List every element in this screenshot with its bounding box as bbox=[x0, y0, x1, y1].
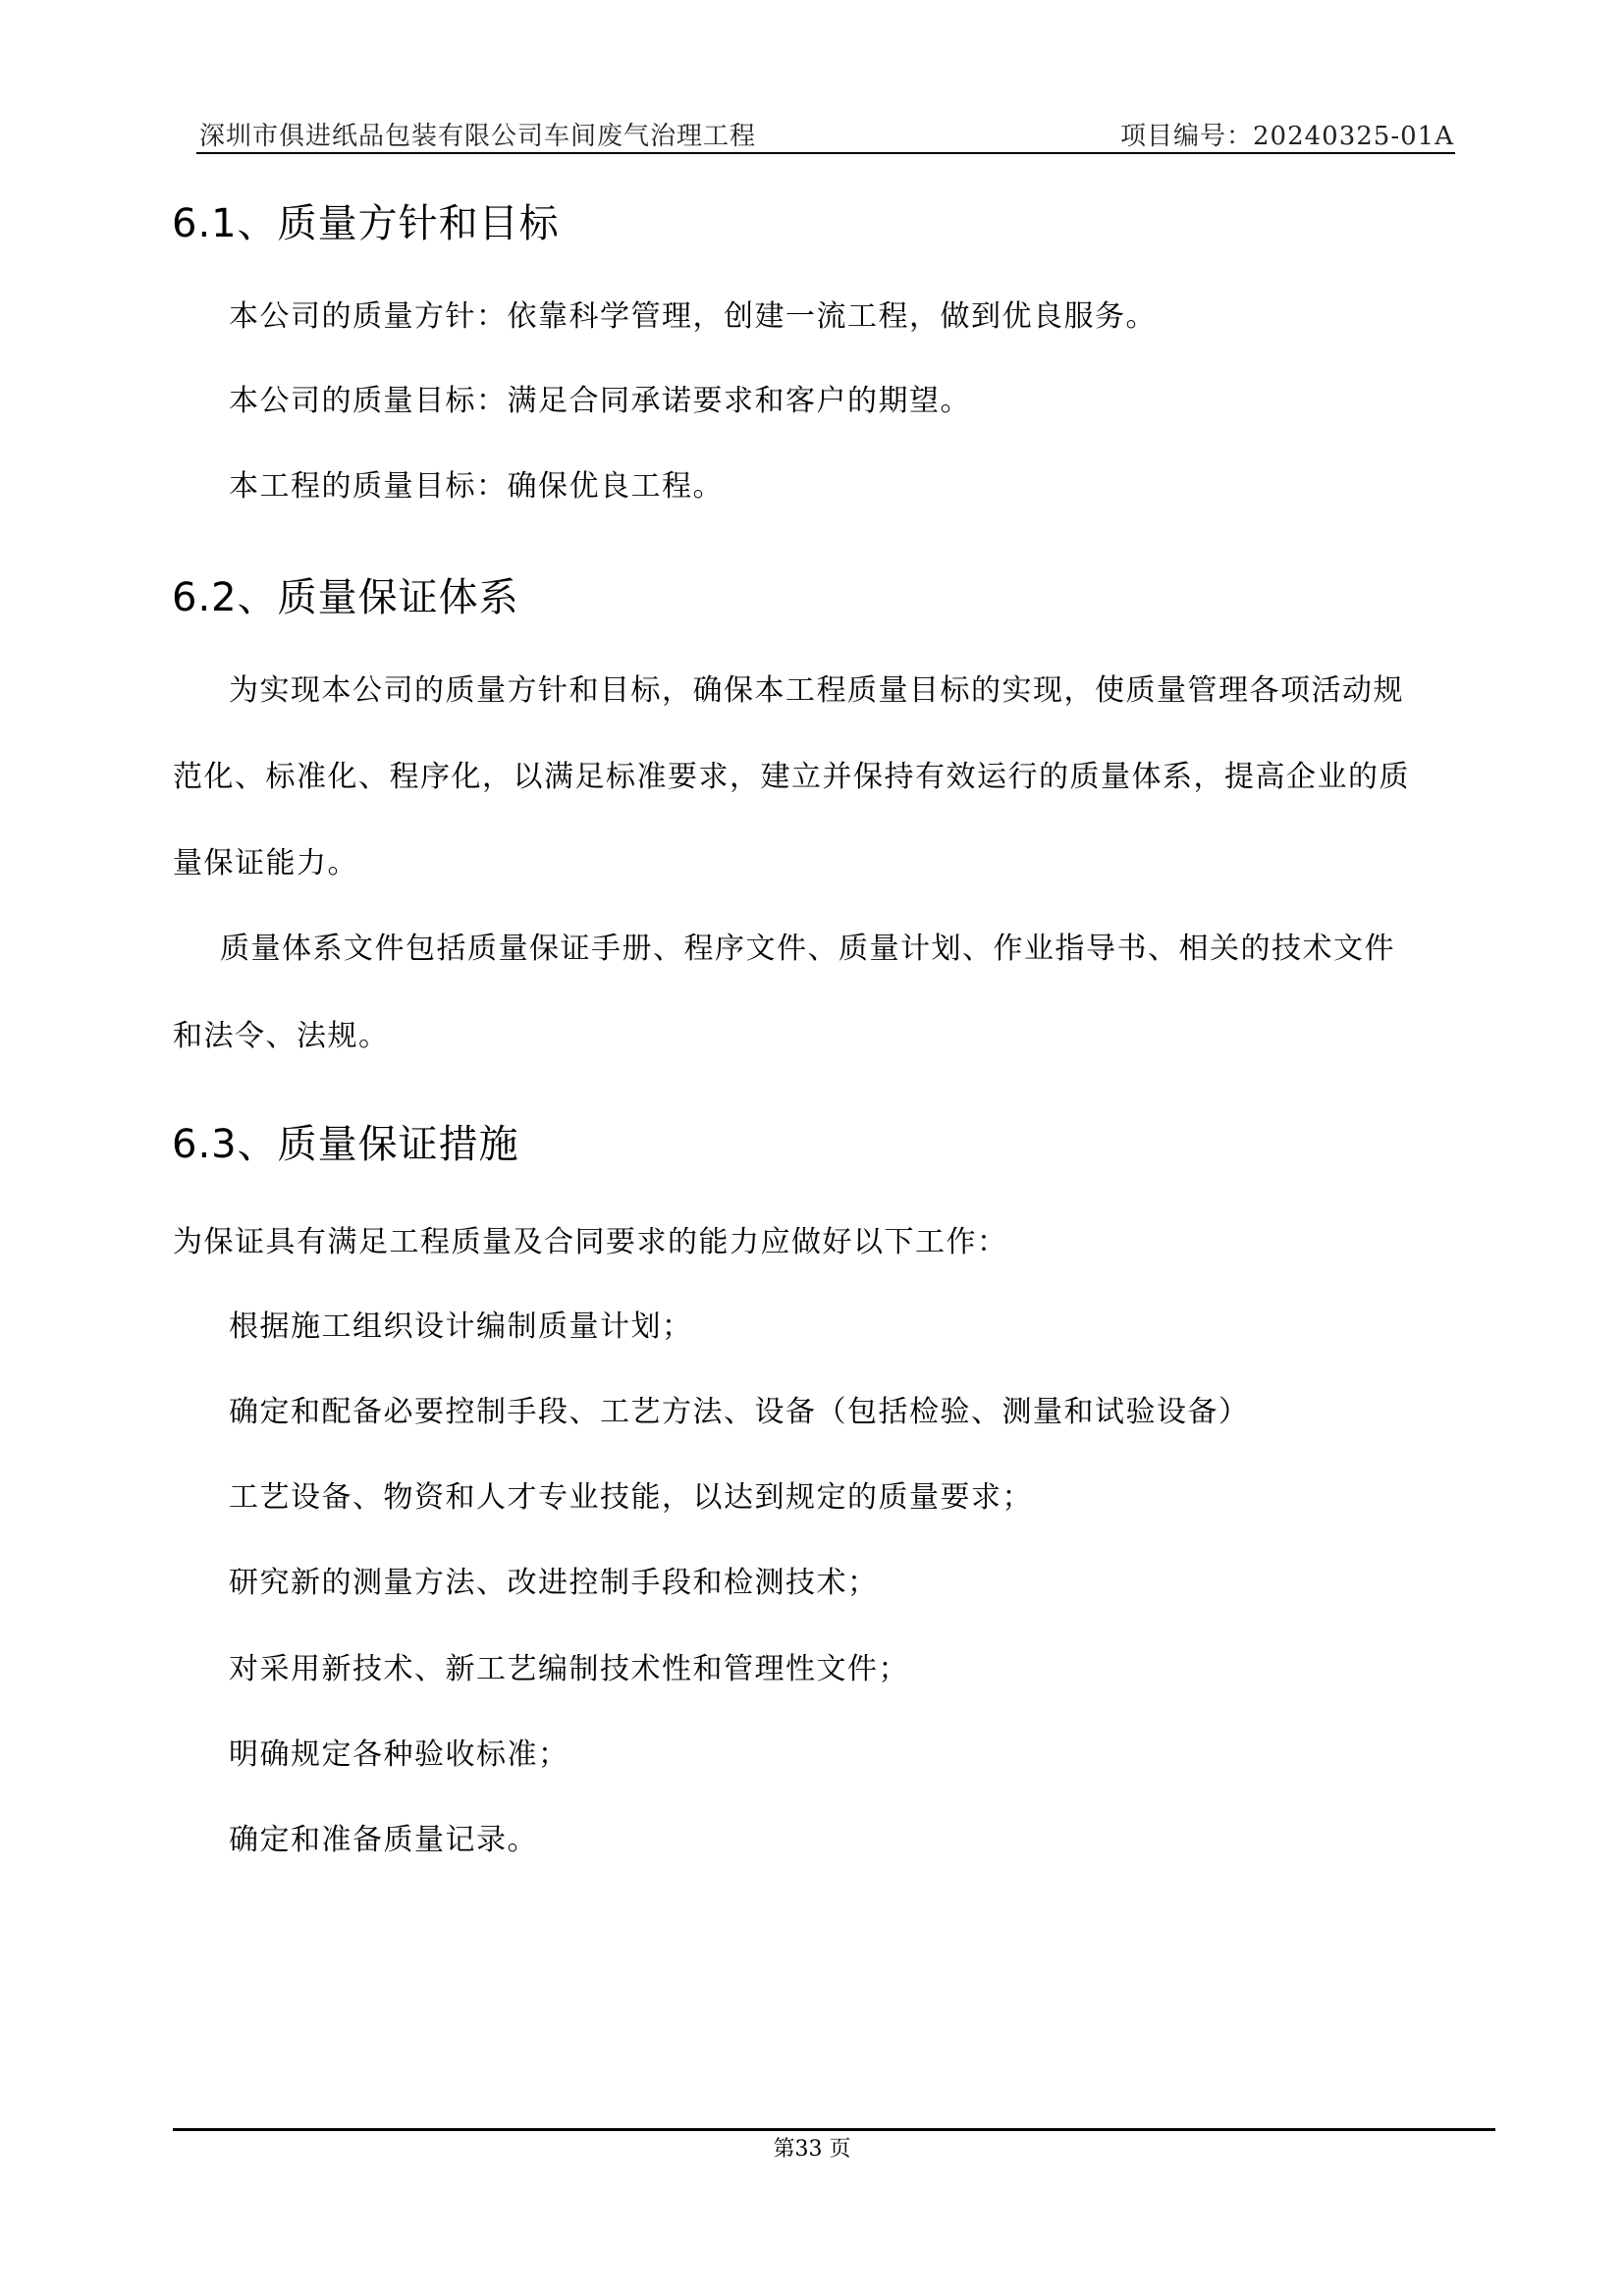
intro-line: 为保证具有满足工程质量及合同要求的能力应做好以下工作： bbox=[173, 1223, 1008, 1262]
paragraph-line: 范化、标准化、程序化，以满足标准要求，建立并保持有效运行的质量体系，提高企业的质 bbox=[173, 758, 1410, 797]
paragraph-line: 量保证能力。 bbox=[173, 844, 358, 883]
footer-rule bbox=[173, 2128, 1495, 2131]
body-line: 本公司的质量方针：依靠科学管理，创建一流工程，做到优良服务。 bbox=[229, 297, 1157, 337]
header-project-title: 深圳市俱进纸品包装有限公司车间废气治理工程 bbox=[199, 116, 756, 152]
page-number: 第33 页 bbox=[0, 2132, 1624, 2163]
list-item: 确定和准备质量记录。 bbox=[229, 1821, 538, 1860]
list-item: 根据施工组织设计编制质量计划； bbox=[229, 1308, 693, 1347]
header-rule bbox=[196, 152, 1455, 154]
list-item: 确定和配备必要控制手段、工艺方法、设备（包括检验、测量和试验设备） bbox=[229, 1393, 1250, 1432]
body-line: 本工程的质量目标：确保优良工程。 bbox=[229, 467, 724, 507]
list-item: 明确规定各种验收标准； bbox=[229, 1735, 569, 1775]
section-heading: 6.1、质量方针和目标 bbox=[172, 192, 560, 248]
list-item: 对采用新技术、新工艺编制技术性和管理性文件； bbox=[229, 1650, 909, 1689]
paragraph-line: 质量体系文件包括质量保证手册、程序文件、质量计划、作业指导书、相关的技术文件 bbox=[220, 930, 1395, 969]
paragraph-line: 和法令、法规。 bbox=[173, 1017, 390, 1056]
list-item: 研究新的测量方法、改进控制手段和检测技术； bbox=[229, 1564, 879, 1603]
section-heading: 6.3、质量保证措施 bbox=[172, 1113, 519, 1169]
section-heading: 6.2、质量保证体系 bbox=[172, 566, 519, 622]
paragraph-line: 为实现本公司的质量方针和目标，确保本工程质量目标的实现，使质量管理各项活动规 bbox=[229, 671, 1404, 711]
body-line: 本公司的质量目标：满足合同承诺要求和客户的期望。 bbox=[229, 382, 971, 421]
header-project-number: 项目编号：20240325-01A bbox=[1120, 116, 1454, 152]
list-item: 工艺设备、物资和人才专业技能，以达到规定的质量要求； bbox=[229, 1478, 1033, 1518]
